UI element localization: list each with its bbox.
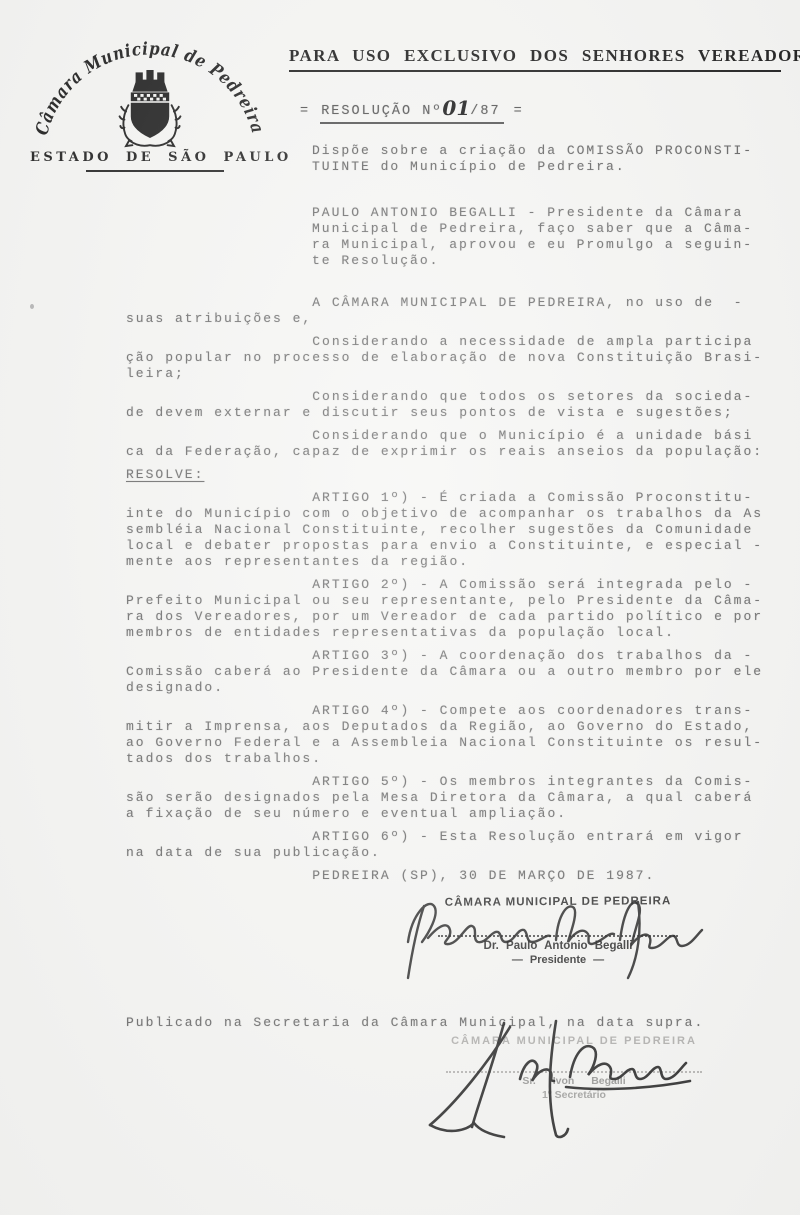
article-5: ARTIGO 5º) - Os membros integrantes da C…: [126, 774, 790, 822]
article-2: ARTIGO 2º) - A Comissão será integrada p…: [126, 577, 790, 641]
resolution-title: = RESOLUÇÃO Nº01/87 =: [300, 95, 524, 124]
article-4: ARTIGO 4º) - Compete aos coordenadores t…: [126, 703, 790, 767]
letterhead: Câmara Municipal de Pedreira: [30, 30, 270, 180]
recital-4: Considerando que o Município é a unidade…: [126, 428, 790, 460]
date-line: PEDREIRA (SP), 30 DE MARÇO DE 1987.: [126, 868, 790, 884]
president-stamp-org: CÂMARA MUNICIPAL DE PEDREIRA: [438, 895, 678, 909]
coat-of-arms-icon: [113, 70, 187, 150]
ementa-summary: Dispõe sobre a criação da COMISSÃO PROCO…: [312, 143, 792, 175]
preamble-intro: PAULO ANTONIO BEGALLI - Presidente da Câ…: [312, 205, 792, 269]
secretary-stamp-name: Sr. Ivon Begalli: [446, 1075, 702, 1087]
recital-1: A CÂMARA MUNICIPAL DE PEDREIRA, no uso d…: [126, 295, 790, 327]
letterhead-rule: [86, 170, 224, 172]
title-close-mark: =: [504, 104, 524, 119]
secretary-stamp-org: CÂMARA MUNICIPAL DE PEDREIRA: [446, 1035, 702, 1047]
secretary-stamp-role: 1º Secretário: [446, 1089, 702, 1101]
secretary-stamp-rule: [446, 1071, 702, 1073]
exclusive-use-banner: PARA USO EXCLUSIVO DOS SENHORES VEREADOR…: [289, 46, 781, 72]
president-stamp-rule: [438, 935, 678, 937]
article-6: ARTIGO 6º) - Esta Resolução entrará em v…: [126, 829, 790, 861]
resolve-label: RESOLVE:: [126, 467, 790, 483]
president-stamp: CÂMARA MUNICIPAL DE PEDREIRA Dr. Paulo A…: [438, 896, 678, 966]
recital-2: Considerando a necessidade de ampla part…: [126, 334, 790, 382]
president-stamp-name: Dr. Paulo Antonio Begalli: [438, 940, 678, 952]
article-3: ARTIGO 3º) - A coordenação dos trabalhos…: [126, 648, 790, 696]
publication-note: Publicado na Secretaria da Câmara Munici…: [126, 1015, 704, 1031]
title-open-mark: =: [300, 104, 320, 119]
title-year: /87: [470, 104, 500, 119]
letterhead-state-line: ESTADO DE SÃO PAULO: [30, 150, 270, 165]
title-label: RESOLUÇÃO Nº: [321, 104, 442, 119]
president-stamp-role: — Presidente —: [438, 954, 678, 966]
document-body: A CÂMARA MUNICIPAL DE PEDREIRA, no uso d…: [126, 295, 790, 891]
recital-3: Considerando que todos os setores da soc…: [126, 389, 790, 421]
handwritten-resolution-number: 01: [442, 96, 470, 120]
secretary-stamp: CÂMARA MUNICIPAL DE PEDREIRA Sr. Ivon Be…: [446, 1035, 702, 1101]
scan-artifact-dot: [30, 304, 34, 309]
scanned-resolution-page: PARA USO EXCLUSIVO DOS SENHORES VEREADOR…: [0, 0, 800, 1215]
article-1: ARTIGO 1º) - É criada a Comissão Procons…: [126, 490, 790, 570]
